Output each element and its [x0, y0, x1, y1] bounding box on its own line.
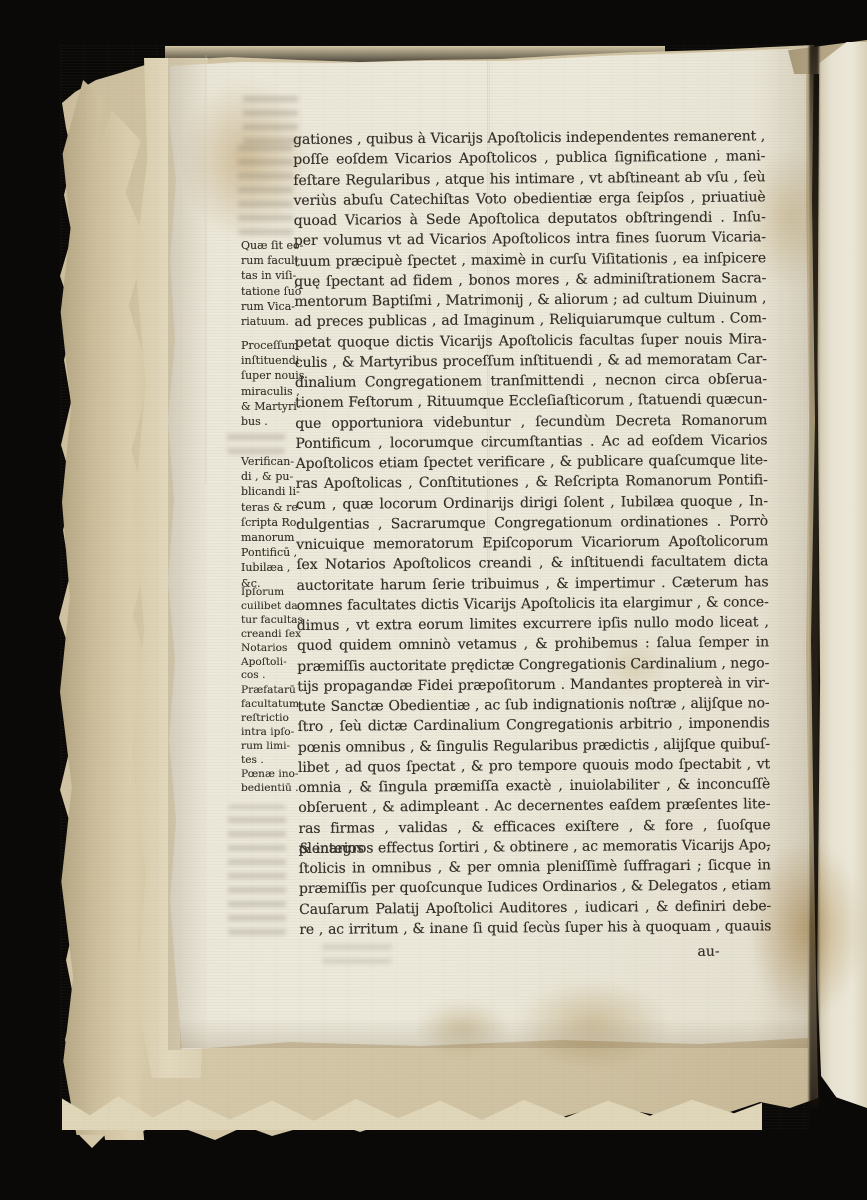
margin-note-line: tes . — [241, 754, 303, 768]
margin-note-line: facultatum — [241, 698, 303, 712]
margin-note-line: intra ipſo- — [241, 726, 303, 740]
margin-note-line: cuilibet da — [241, 600, 303, 614]
margin-note-line: rum limi- — [241, 740, 303, 754]
margin-note-line: Notarios — [241, 642, 303, 656]
paper-stain-4 — [515, 980, 670, 1068]
margin-note-line: teras & re- — [241, 500, 303, 515]
margin-note-line: bus . — [241, 414, 303, 429]
text-line-40: re , ac irritum , & inane ſi quid ſecùs … — [299, 916, 771, 940]
margin-note-line: Pontificū , — [241, 545, 303, 560]
margin-note-line: Pœnæ ino- — [241, 768, 303, 782]
repair-strip-edge — [205, 55, 207, 485]
margin-note-line: Ipſorum — [241, 586, 303, 600]
margin-note-2: Proceſſuminſtituendiſuper nouismiraculis… — [241, 338, 303, 429]
margin-note-line: di , & pu- — [241, 469, 303, 484]
margin-note-line: blicandi li- — [241, 484, 303, 499]
margin-note-line: reſtrictio — [241, 712, 303, 726]
paper-stain-6 — [415, 1000, 510, 1055]
margin-note-6: Pœnæ ino-bedientiū . — [241, 768, 303, 796]
margin-note-4: Ipſorumcuilibet datur facultascreandi ſe… — [241, 586, 303, 683]
margin-note-line: inſtituendi — [241, 353, 303, 368]
margin-note-line: manorum — [241, 530, 303, 545]
paper-stain-3 — [748, 840, 866, 1018]
catchword: au- — [697, 944, 719, 960]
main-text-block: gationes , quibus à Vicarijs Apoſtolicis… — [293, 126, 772, 970]
margin-note-line: Verifican- — [241, 454, 303, 469]
margin-note-line: ſcripta Ro- — [241, 515, 303, 530]
margin-note-line: Apoſtoli- — [241, 656, 303, 670]
margin-note-line: & Martyri- — [241, 399, 303, 414]
margin-note-line: bedientiū . — [241, 782, 303, 796]
margin-note-line: Iubilæa , — [241, 560, 303, 575]
book-page-photograph: Quæ ſit eo-rum facul-tas in viſi-tatione… — [0, 0, 867, 1200]
margin-note-line: ſuper nouis — [241, 368, 303, 383]
margin-note-line: tur facultas — [241, 614, 303, 628]
margin-note-line: creandi ſex — [241, 628, 303, 642]
margin-note-line: Præfatarū — [241, 684, 303, 698]
margin-note-5: Præfatarūfacultatumreſtrictiointra ipſo-… — [241, 684, 303, 767]
margin-note-line: miraculis , — [241, 384, 303, 399]
margin-note-line: cos . — [241, 669, 303, 683]
margin-note-3: Verifican-di , & pu-blicandi li-teras & … — [241, 454, 303, 591]
